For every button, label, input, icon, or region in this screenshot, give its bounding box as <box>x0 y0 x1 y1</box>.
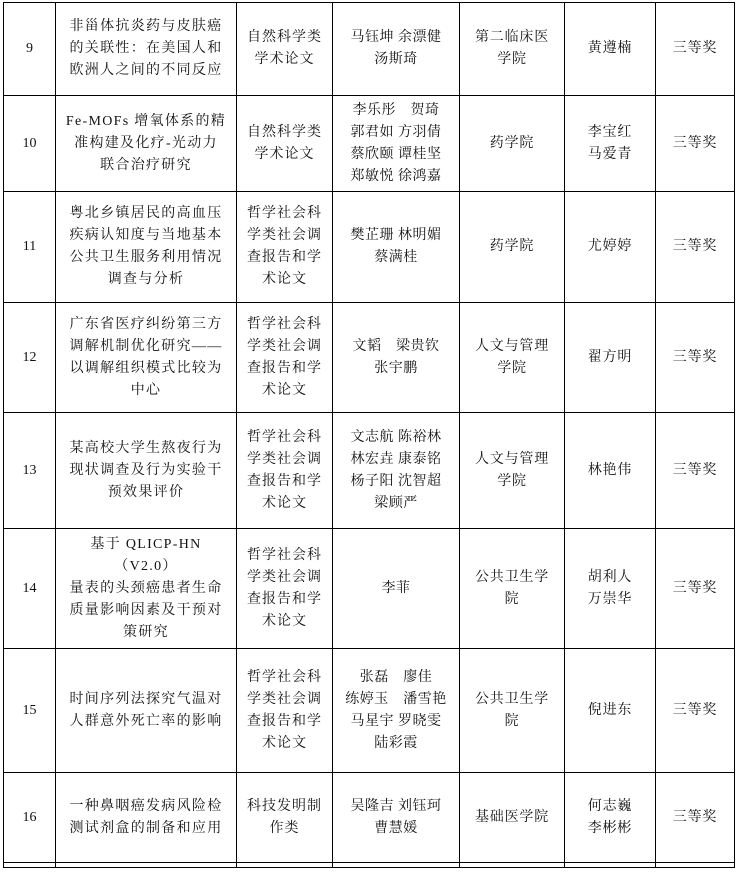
advisors-cell: 林艳伟 <box>565 413 656 529</box>
college-cell: 人文与管理 学院 <box>460 303 565 413</box>
table-row: 16一种鼻咽癌发病风险检 测试剂盒的制备和应用科技发明制 作类吴隆吉 刘钰珂 曹… <box>4 773 735 863</box>
table-row: 9非甾体抗炎药与皮肤癌 的关联性：在美国人和 欧洲人之间的不同反应自然科学类 学… <box>4 3 735 96</box>
award-cell: 三等奖 <box>656 192 735 303</box>
members-cell: 樊芷珊 林明媚 蔡满桂 <box>333 192 460 303</box>
title-cell: Fe-MOFs 增氧体系的精 准构建及化疗-光动力 联合治疗研究 <box>56 96 237 192</box>
awards-table-body: 9非甾体抗炎药与皮肤癌 的关联性：在美国人和 欧洲人之间的不同反应自然科学类 学… <box>4 3 735 868</box>
serial-cell: 15 <box>4 649 56 773</box>
award-cell: 三等奖 <box>656 413 735 529</box>
award-cell: 三等奖 <box>656 649 735 773</box>
serial-cell: 12 <box>4 303 56 413</box>
college-cell: 药学院 <box>460 192 565 303</box>
members-cell: 吴隆吉 刘钰珂 曹慧媛 <box>333 773 460 863</box>
title-cell: 时间序列法探究气温对 人群意外死亡率的影响 <box>56 649 237 773</box>
college-cell: 公共卫生学 院 <box>460 649 565 773</box>
advisors-cell: 翟方明 <box>565 303 656 413</box>
advisors-cell: 胡利人 万崇华 <box>565 529 656 649</box>
serial-cell: 13 <box>4 413 56 529</box>
category-cell: 自然科学类 学术论文 <box>237 3 333 96</box>
college-cell: 人文与管理 学院 <box>460 413 565 529</box>
award-cell: 三等奖 <box>656 303 735 413</box>
empty-cell <box>460 863 565 868</box>
category-cell: 哲学社会科 学类社会调 查报告和学 术论文 <box>237 192 333 303</box>
college-cell: 基础医学院 <box>460 773 565 863</box>
empty-cell <box>565 863 656 868</box>
title-cell: 某高校大学生熬夜行为 现状调查及行为实验干 预效果评价 <box>56 413 237 529</box>
category-cell: 哲学社会科 学类社会调 查报告和学 术论文 <box>237 529 333 649</box>
serial-cell: 10 <box>4 96 56 192</box>
advisors-cell: 倪进东 <box>565 649 656 773</box>
members-cell: 文韬 梁贵钦 张宇鹏 <box>333 303 460 413</box>
college-cell: 第二临床医 学院 <box>460 3 565 96</box>
advisors-cell: 何志巍 李彬彬 <box>565 773 656 863</box>
members-cell: 马钰坤 余漂健 汤斯琦 <box>333 3 460 96</box>
title-cell: 基于 QLICP-HN（V2.0） 量表的头颈癌患者生命 质量影响因素及干预对 … <box>56 529 237 649</box>
table-row-partial <box>4 863 735 868</box>
category-cell: 哲学社会科 学类社会调 查报告和学 术论文 <box>237 303 333 413</box>
empty-cell <box>56 863 237 868</box>
members-cell: 李菲 <box>333 529 460 649</box>
college-cell: 公共卫生学 院 <box>460 529 565 649</box>
table-row: 13某高校大学生熬夜行为 现状调查及行为实验干 预效果评价哲学社会科 学类社会调… <box>4 413 735 529</box>
serial-cell: 11 <box>4 192 56 303</box>
table-row: 10Fe-MOFs 增氧体系的精 准构建及化疗-光动力 联合治疗研究自然科学类 … <box>4 96 735 192</box>
college-cell: 药学院 <box>460 96 565 192</box>
table-row: 15时间序列法探究气温对 人群意外死亡率的影响哲学社会科 学类社会调 查报告和学… <box>4 649 735 773</box>
table-row: 14基于 QLICP-HN（V2.0） 量表的头颈癌患者生命 质量影响因素及干预… <box>4 529 735 649</box>
title-cell: 粤北乡镇居民的高血压 疾病认知度与当地基本 公共卫生服务利用情况 调查与分析 <box>56 192 237 303</box>
award-cell: 三等奖 <box>656 773 735 863</box>
empty-cell <box>237 863 333 868</box>
award-cell: 三等奖 <box>656 529 735 649</box>
advisors-cell: 尤婷婷 <box>565 192 656 303</box>
empty-cell <box>656 863 735 868</box>
category-cell: 哲学社会科 学类社会调 查报告和学 术论文 <box>237 649 333 773</box>
award-cell: 三等奖 <box>656 3 735 96</box>
category-cell: 哲学社会科 学类社会调 查报告和学 术论文 <box>237 413 333 529</box>
serial-cell: 9 <box>4 3 56 96</box>
members-cell: 文志航 陈裕林 林宏垚 康泰铭 杨子阳 沈智超 梁顾严 <box>333 413 460 529</box>
serial-cell: 14 <box>4 529 56 649</box>
serial-cell: 16 <box>4 773 56 863</box>
category-cell: 自然科学类 学术论文 <box>237 96 333 192</box>
title-cell: 广东省医疗纠纷第三方 调解机制优化研究—— 以调解组织模式比较为 中心 <box>56 303 237 413</box>
title-cell: 非甾体抗炎药与皮肤癌 的关联性：在美国人和 欧洲人之间的不同反应 <box>56 3 237 96</box>
empty-cell <box>333 863 460 868</box>
empty-cell <box>4 863 56 868</box>
advisors-cell: 李宝红 马爱青 <box>565 96 656 192</box>
category-cell: 科技发明制 作类 <box>237 773 333 863</box>
members-cell: 张磊 廖佳 练婷玉 潘雪艳 马星宇 罗晓雯 陆彩霞 <box>333 649 460 773</box>
members-cell: 李乐彤 贺琦 郭君如 方羽倩 蔡欣颐 谭桂坚 郑敏悦 徐鸿嘉 <box>333 96 460 192</box>
table-row: 11粤北乡镇居民的高血压 疾病认知度与当地基本 公共卫生服务利用情况 调查与分析… <box>4 192 735 303</box>
awards-table: 9非甾体抗炎药与皮肤癌 的关联性：在美国人和 欧洲人之间的不同反应自然科学类 学… <box>3 2 735 868</box>
award-cell: 三等奖 <box>656 96 735 192</box>
title-cell: 一种鼻咽癌发病风险检 测试剂盒的制备和应用 <box>56 773 237 863</box>
table-row: 12广东省医疗纠纷第三方 调解机制优化研究—— 以调解组织模式比较为 中心哲学社… <box>4 303 735 413</box>
advisors-cell: 黄遵楠 <box>565 3 656 96</box>
